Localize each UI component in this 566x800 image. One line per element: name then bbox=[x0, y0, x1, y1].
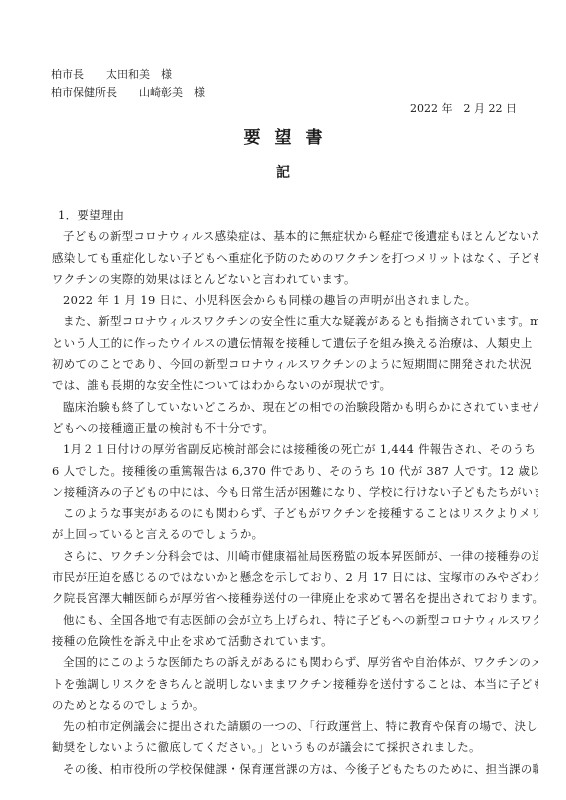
body-line: という人工的に作ったウイルスの遺伝情報を接種して遺伝子を組み換える治療は、人類史… bbox=[52, 333, 538, 354]
body-line: その後、柏市役所の学校保健課・保育運営課の方は、今後子どもたちのために、担当課の… bbox=[52, 759, 538, 780]
body-line: さらに、ワクチン分科会では、川崎市健康福祉局医務監の坂本昇医師が、一律の接種券の… bbox=[52, 546, 538, 567]
body-line: 勧奨をしないように徹底してください。」というものが議会にて採択されました。 bbox=[52, 737, 538, 758]
body-line: 1月２１日付けの厚労省副反応検討部会には接種後の死亡が 1,444 件報告され、… bbox=[52, 439, 538, 460]
body-line: 子どもの新型コロナウィルス感染症は、基本的に無症状から軽症で後遺症もほとんどない… bbox=[52, 226, 538, 247]
body-line: 感染しても重症化しない子どもへ重症化予防のためのワクチンを打つメリットはなく、子… bbox=[52, 248, 538, 269]
body-line: ク院長宮澤大輔医師らが厚労省へ接種券送付の一律廃止を求めて署名を提出されておりま… bbox=[52, 588, 538, 609]
document-body: 1．要望理由 子どもの新型コロナウィルス感染症は、基本的に無症状から軽症で後遺症… bbox=[52, 205, 538, 780]
body-line: 2022 年 1 月 19 日に、小児科医会からも同様の趣旨の声明が出されました… bbox=[52, 290, 538, 311]
body-line: が上回っていると言えるのでしょうか。 bbox=[52, 524, 538, 545]
body-line: また、新型コロナウィルスワクチンの安全性に重大な疑義があるとも指摘されています。… bbox=[52, 311, 538, 332]
body-line: 臨床治験も終了していないどころか、現在どの相での治験段階かも明らかにされていませ… bbox=[52, 397, 538, 418]
body-line: 接種の危険性を訴え中止を求めて活動されています。 bbox=[52, 631, 538, 652]
body-line: 他にも、全国各地で有志医師の会が立ち上げられ、特に子どもへの新型コロナウィルスワ… bbox=[52, 610, 538, 631]
body-line: では、誰も長期的な安全性についてはわからないのが現状です。 bbox=[52, 375, 538, 396]
document-date: 2022 年 2 月 22 日 bbox=[410, 102, 517, 116]
body-line: このような事実があるのにも関わらず、子どもがワクチンを接種することはリスクよりメ… bbox=[52, 503, 538, 524]
body-lines: 子どもの新型コロナウィルス感染症は、基本的に無症状から軽症で後遺症もほとんどない… bbox=[52, 226, 538, 780]
document-page: 柏市長 太田和美 様 柏市保健所長 山崎彰美 様 2022 年 2 月 22 日… bbox=[0, 0, 566, 800]
body-line: どもへの接種適正量の検討も不十分です。 bbox=[52, 418, 538, 439]
body-line: 市民が圧迫を感じるのではないかと懸念を示しており、2 月 17 日には、宝塚市の… bbox=[52, 567, 538, 588]
body-line: のためとなるのでしょうか。 bbox=[52, 695, 538, 716]
document-subtitle: 記 bbox=[0, 162, 566, 182]
body-line: 6 人でした。接種後の重篤報告は 6,370 件であり、そのうち 10 代が 3… bbox=[52, 461, 538, 482]
body-line: 先の柏市定例議会に提出された請願の一つの、「行政運営上、特に教育や保育の場で、決… bbox=[52, 716, 538, 737]
document-title: 要望書 bbox=[0, 123, 566, 148]
addressee-health-center-director: 柏市保健所長 山崎彰美 様 bbox=[51, 86, 205, 100]
body-line: ワクチンの実際的効果はほとんどないと言われています。 bbox=[52, 269, 538, 290]
addressee-mayor: 柏市長 太田和美 様 bbox=[51, 68, 172, 82]
section-heading: 1．要望理由 bbox=[52, 205, 538, 226]
body-line: ン接種済みの子どもの中には、今も日常生活が困難になり、学校に行けない子どもたちが… bbox=[52, 482, 538, 503]
body-line: トを強調しリスクをきちんと説明しないままワクチン接種券を送付することは、本当に子… bbox=[52, 674, 538, 695]
body-line: 全国的にこのような医師たちの訴えがあるにも関わらず、厚労省や自治体が、ワクチンの… bbox=[52, 652, 538, 673]
body-line: 初めてのことであり、今回の新型コロナウィルスワクチンのように短期間に開発された状… bbox=[52, 354, 538, 375]
